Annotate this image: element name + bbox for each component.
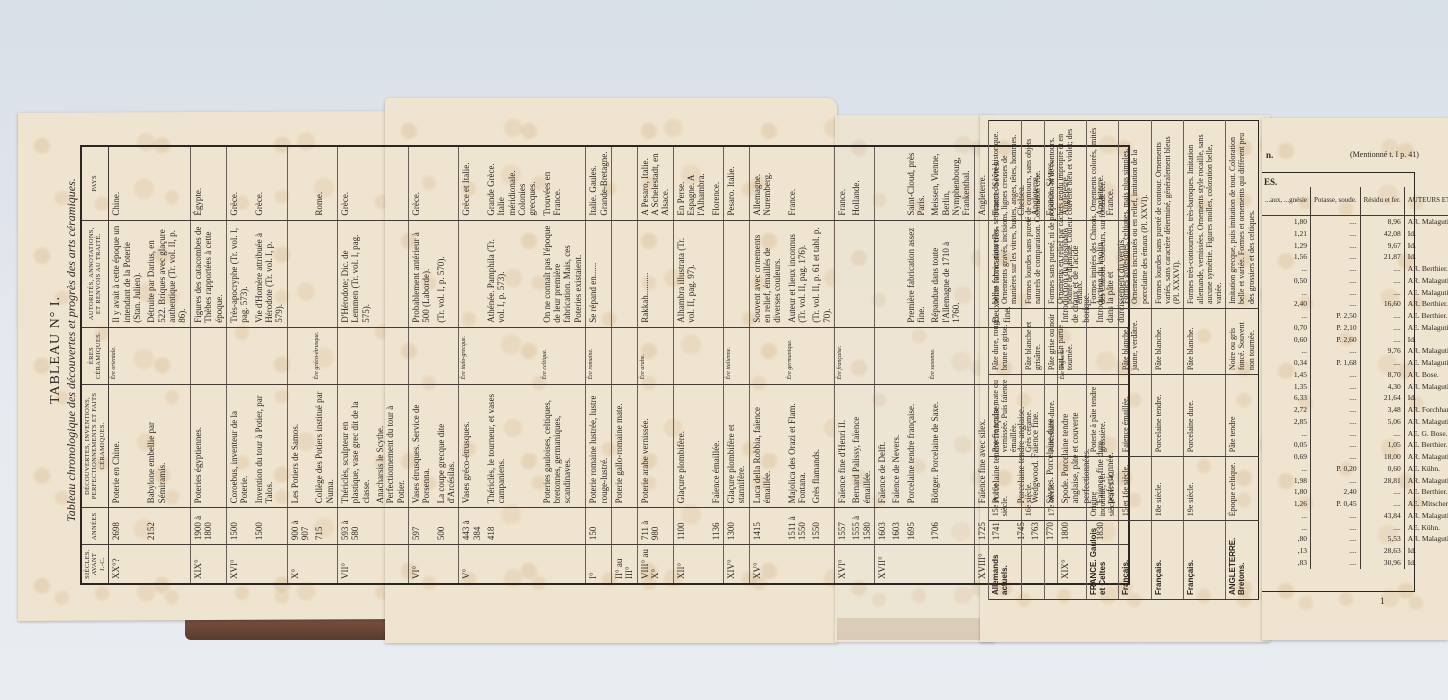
author-value: AE. Kühn.: [1404, 463, 1448, 475]
residu-value: 28,63: [1360, 545, 1404, 557]
potasse-value: ....: [1311, 251, 1361, 263]
author-value: AE. G. Bose.: [1404, 428, 1448, 440]
table-row: XX°?2698Poterie en Chine.Ère orientale.I…: [109, 146, 145, 584]
magnesie-value: ,13: [1262, 545, 1311, 557]
nature-cell: Poterie tendre mate ou vernissée. Puis f…: [989, 375, 1022, 457]
analysis-table: ...aux, ...gnésie Potasse, soude. Résidu…: [1262, 187, 1448, 569]
year-cell: 1300: [723, 508, 749, 545]
magnesie-value: 0,70: [1262, 322, 1311, 334]
epoch-cell: 18e siècle.: [1151, 457, 1184, 521]
people-cell: Français.: [1119, 521, 1152, 600]
forms-cell: Formes grotesques, celtiques, mais plus …: [1119, 121, 1152, 309]
fact-cell: Glaçure plombifère.: [673, 384, 709, 508]
country-cell: [434, 146, 459, 220]
forms-cell: Formes très-contournées, très-baroques. …: [1184, 121, 1226, 309]
country-cell: France.: [835, 146, 850, 220]
table-row: 0,05....1,05AE. Berthier.: [1262, 439, 1448, 451]
magnesie-value: 0,69: [1262, 451, 1311, 463]
col-decouvertes: DÉCOUVERTES, INVENTIONS, PERFECTIONNEMEN…: [81, 384, 109, 508]
country-cell: [287, 146, 312, 220]
siecle-cell: [809, 545, 834, 584]
authority-cell: Auteur et lieux inconnus (Tr. vol. II, p…: [785, 220, 810, 327]
potasse-value: ....: [1311, 451, 1361, 463]
table-row: XVII°1603Faïence de Delft.: [875, 146, 890, 584]
author-value: Id.: [1404, 251, 1448, 263]
table-row: 1511 à 1550Majolica des Orazi et Flam. F…: [785, 146, 810, 584]
author-value: AR. Malaguti.: [1404, 475, 1448, 487]
potasse-value: ....: [1311, 275, 1361, 287]
era-cell: [287, 327, 312, 384]
residu-value: 3,48: [1360, 404, 1404, 416]
magnesie-value: ...: [1262, 463, 1311, 475]
residu-value: ....: [1360, 322, 1404, 334]
potasse-value: ....: [1311, 287, 1361, 299]
fact-cell: Poteries gauloises, celtiques, bretonnes…: [540, 384, 586, 508]
col-potasse: Potasse, soude.: [1311, 187, 1361, 216]
authority-cell: (Tr. vol. I, p. 570).: [434, 220, 459, 327]
residu-value: ....: [1360, 522, 1404, 534]
siecle-cell: [252, 545, 288, 584]
year-cell: 900 à 907: [287, 508, 312, 545]
fact-cell: Böttger. Porcelaine de Saxe.: [928, 384, 974, 508]
magnesie-value: 1,80: [1262, 486, 1311, 498]
authority-cell: Première fabrication assez fine.: [904, 220, 929, 327]
table-row: 0,69....18,00AR. Malaguti.: [1262, 451, 1448, 463]
magnesie-value: ...: [1262, 310, 1311, 322]
author-value: Id.: [1404, 392, 1448, 404]
authority-cell: [373, 220, 409, 327]
table-row: VII°593 à 580Thériclès, sculpteur en pla…: [337, 146, 373, 584]
table-row: 418Thériclès, le tourneur, et vases camp…: [484, 146, 540, 584]
siecle-cell: [312, 545, 337, 584]
table-row: 1,45....8,70AR. Bose.: [1262, 369, 1448, 381]
country-cell: [809, 146, 834, 220]
potasse-value: ....: [1311, 475, 1361, 487]
table-row: ,83....30,96Id.: [1262, 557, 1448, 569]
year-cell: 1557: [835, 508, 850, 545]
era-cell: [337, 327, 373, 384]
magnesie-value: ...: [1262, 287, 1311, 299]
author-value: AR. Malaguti.: [1404, 533, 1448, 545]
fact-cell: Porcelaine tendre française.: [904, 384, 929, 508]
siecle-cell: [928, 545, 974, 584]
siecle-cell: [484, 545, 540, 584]
siecle-cell: [785, 545, 810, 584]
analysis-rows: 1,80....8,96AR. Malaguti.1,21....42,08Id…: [1262, 216, 1448, 569]
table-row: 1,26P. 0,45....AE. Mitscherlich.: [1262, 498, 1448, 510]
siecle-cell: I°: [586, 545, 612, 584]
table-row: XII°1100Glaçure plombifère.Alhambra illu…: [673, 146, 709, 584]
residu-value: ....: [1360, 287, 1404, 299]
nature-cell: Faïence émaillée.: [1119, 375, 1152, 457]
author-value: AE. Malaguti.: [1404, 322, 1448, 334]
table-row: Allemands actuels.15e et 16e siècle.Pote…: [989, 121, 1022, 600]
table-row: 2,72....3,48AR. Forchhammer.: [1262, 404, 1448, 416]
right-header-note: (Mentionné t. I p. 41): [1350, 150, 1419, 159]
section-label: ES.: [1264, 177, 1277, 187]
paste-cell: Pâte blanche et grisâtre.: [1021, 309, 1044, 375]
table-row: 500La coupe grecque dite d'Arcésilas.(Tr…: [434, 146, 459, 584]
residu-value: ....: [1360, 486, 1404, 498]
siecle-cell: [889, 545, 903, 584]
table-row: 6,33....21,64Id.: [1262, 392, 1448, 404]
paste-cell: Noire ou gris foncé. Souvent non tournée…: [1226, 309, 1259, 375]
table-title: TABLEAU N° I.: [48, 140, 64, 560]
country-cell: A Pesaro, Italie. A Schelestadt, en Alsa…: [637, 146, 673, 220]
country-cell: Grèce et Italie.: [459, 146, 484, 220]
country-cell: Meissen, Vienne, Berlin, Nymphenbourg, F…: [928, 146, 974, 220]
year-cell: 1500: [226, 508, 251, 545]
year-cell: 1500: [252, 508, 288, 545]
table-row: 715Collège des Potiers institué par Numa…: [312, 146, 337, 584]
magnesie-value: 1,21: [1262, 228, 1311, 240]
country-cell: [875, 146, 890, 220]
country-cell: France.: [785, 146, 810, 220]
author-value: Id.: [1404, 334, 1448, 346]
era-cell: [904, 327, 929, 384]
country-cell: [373, 146, 409, 220]
fact-cell: Vases gréco-étrusques.: [459, 384, 484, 508]
potasse-value: 2,40: [1311, 486, 1361, 498]
author-value: AE. Malaguti.: [1404, 287, 1448, 299]
country-cell: [889, 146, 903, 220]
chronology-rows: XX°?2698Poterie en Chine.Ère orientale.I…: [109, 146, 1129, 584]
author-value: AE. Mitscherlich.: [1404, 498, 1448, 510]
magnesie-value: 1,80: [1262, 216, 1311, 228]
year-cell: 597: [409, 508, 434, 545]
paste-cell: Pâte blanche.: [1151, 309, 1184, 375]
country-cell: Saint-Cloud, près Paris.: [904, 146, 929, 220]
table-row: 0,50........AR. Malaguti.: [1262, 275, 1448, 287]
authority-cell: Souvent avec ornements en relief, émaill…: [749, 220, 785, 327]
table-row: 1550Grès flamands.(Tr. vol. II, p. 61 et…: [809, 146, 834, 584]
authority-cell: [875, 220, 890, 327]
table-row: 1,802,40....AE. Berthier.: [1262, 486, 1448, 498]
potasse-value: ....: [1311, 416, 1361, 428]
table-row: ANGLETERRE. Bretons.Époque celtique.Pâte…: [1226, 121, 1259, 600]
author-value: AR. Malaguti.: [1404, 275, 1448, 287]
author-value: AR. Malaguti.: [1404, 510, 1448, 522]
era-cell: [673, 327, 709, 384]
people-cell: FRANCE. Gaulois et Celtes: [1086, 521, 1119, 600]
nature-cell: Grès cérame.: [1021, 375, 1044, 457]
siecle-cell: XVII°: [875, 545, 890, 584]
col-magnesie: ...aux, ...gnésie: [1262, 187, 1311, 216]
magnesie-value: 1,45: [1262, 369, 1311, 381]
table-row: 2,85....5,06AR. Malaguti.: [1262, 416, 1448, 428]
chronology-table-container: SIÈCLES. avant J.-C. ANNÉES DÉCOUVERTES,…: [80, 145, 1130, 585]
table-row: Anacharsis le Scythe. Perfectionnement d…: [373, 146, 409, 584]
potasse-value: P. 2,50: [1311, 310, 1361, 322]
col-auteurs: AUTEURS ET ANNOTATIONS.: [1404, 187, 1448, 216]
author-value: Id.: [1404, 228, 1448, 240]
table-row: 1,35....4,30AR. Malaguti.: [1262, 381, 1448, 393]
potasse-value: ....: [1311, 369, 1361, 381]
potasse-value: P. 0,20: [1311, 463, 1361, 475]
epoch-cell: 17e siècle.: [1044, 457, 1086, 521]
peoples-rows: Allemands actuels.15e et 16e siècle.Pote…: [989, 121, 1259, 600]
potasse-value: P. 1,68: [1311, 357, 1361, 369]
fact-cell: Vases étrusques. Service de Porsenna.: [409, 384, 434, 508]
authority-cell: Répandue dans toute l'Allemagne de 1710 …: [928, 220, 974, 327]
table-row: ...P. 2,50....AE. Berthier.: [1262, 310, 1448, 322]
table-row: XIV°1300Glaçure plombifère et stannifère…: [723, 146, 749, 584]
year-cell: 1900 à 1800: [190, 508, 226, 545]
authority-cell: [287, 220, 312, 327]
era-cell: [409, 327, 434, 384]
people-cell: Français.: [1151, 521, 1184, 600]
siecle-cell: [144, 545, 190, 584]
potasse-value: P. 2,60: [1311, 334, 1361, 346]
table-row: V°443 à 384Vases gréco-étrusques.Ère ita…: [459, 146, 484, 584]
era-cell: Ère italienne.: [723, 327, 749, 384]
table-row: 1136Faïence émaillée.Florence.: [709, 146, 724, 584]
siecle-cell: II° au III°: [611, 545, 637, 584]
country-cell: [611, 146, 637, 220]
residu-value: ....: [1360, 357, 1404, 369]
potasse-value: ....: [1311, 381, 1361, 393]
table-row: 1,21....42,08Id.: [1262, 228, 1448, 240]
country-cell: Italie. Gaules. Grande-Bretagne.: [586, 146, 612, 220]
era-cell: [373, 327, 409, 384]
authority-cell: D'Hérodote; Dic. de Lemmen (Tr. vol. I, …: [337, 220, 373, 327]
country-cell: Florence.: [709, 146, 724, 220]
analysis-table-container: ES. ...aux, ...gnésie Potasse, soude. Ré…: [1262, 172, 1415, 592]
table-row: 2152Babylone embellie par Sémiramis.Détr…: [144, 146, 190, 584]
chronology-table: SIÈCLES. avant J.-C. ANNÉES DÉCOUVERTES,…: [80, 145, 1130, 585]
table-row: XV°1415Luca della Robbia, faïence émaill…: [749, 146, 785, 584]
era-cell: [889, 327, 903, 384]
potasse-value: ....: [1311, 510, 1361, 522]
author-value: Id.: [1404, 557, 1448, 569]
fact-cell: Invention du tour à Potier, par Talos.: [252, 384, 288, 508]
fact-cell: Faïence de Nevers.: [889, 384, 903, 508]
residu-value: 5,06: [1360, 416, 1404, 428]
year-cell: 1511 à 1550: [785, 508, 810, 545]
fact-cell: Faïence de Delft.: [875, 384, 890, 508]
nature-cell: Pâte tendre: [1226, 375, 1259, 457]
table-row: ...........AE. G. Bose.: [1262, 428, 1448, 440]
forms-cell: Formes lourdes sans pureté de contour. O…: [1151, 121, 1184, 309]
magnesie-value: 1,26: [1262, 498, 1311, 510]
year-cell: 1695: [904, 508, 929, 545]
epoch-cell: 15e et 16e siècle.: [989, 457, 1022, 521]
year-cell: 2152: [144, 508, 190, 545]
table-row: II° au III°Poterie gallo-romaine mate.: [611, 146, 637, 584]
potasse-value: P. 0,45: [1311, 498, 1361, 510]
authority-cell: [611, 220, 637, 327]
potasse-value: ....: [1311, 557, 1361, 569]
table-row: XVI°1557Faïence fine d'Henri II.Ère fran…: [835, 146, 850, 584]
magnesie-value: ,80: [1262, 533, 1311, 545]
potasse-value: ....: [1311, 533, 1361, 545]
fact-cell: Les Potiers de Samos.: [287, 384, 312, 508]
magnesie-value: ...: [1262, 345, 1311, 357]
col-residu: Résidu et fer.: [1360, 187, 1404, 216]
fact-cell: Poterie gallo-romaine mate.: [611, 384, 637, 508]
table-row: Poteries gauloises, celtiques, bretonnes…: [540, 146, 586, 584]
country-cell: Grèce.: [252, 146, 288, 220]
era-cell: [484, 327, 540, 384]
table-row: 0,34P. 1,68....AE. Malaguti.: [1262, 357, 1448, 369]
authority-cell: On ne connaît pas l'époque de leur premi…: [540, 220, 586, 327]
siecle-cell: [434, 545, 459, 584]
fact-cell: Coroebus, inventeur de la Poterie.: [226, 384, 251, 508]
potasse-value: P. 2,10: [1311, 322, 1361, 334]
right-header-partial: n.: [1266, 150, 1273, 160]
residu-value: 43,84: [1360, 510, 1404, 522]
table-row: 1603Faïence de Nevers.: [889, 146, 903, 584]
fact-cell: Bernard Palissy, faïence émaillée.: [849, 384, 874, 508]
residu-value: ....: [1360, 310, 1404, 322]
fact-cell: La coupe grecque dite d'Arcésilas.: [434, 384, 459, 508]
authority-cell: Rakkah..........: [637, 220, 673, 327]
country-cell: Grande Grèce. Italie méridionale. Coloni…: [484, 146, 540, 220]
residu-value: 4,30: [1360, 381, 1404, 393]
table-row: VIII° au X°711 à 980Poterie arabe vernis…: [637, 146, 673, 584]
authority-cell: Probablement antérieur à 500 (Laborde).: [409, 220, 434, 327]
fact-cell: Thériclès, sculpteur en plastique, vase …: [337, 384, 373, 508]
siecle-cell: [904, 545, 929, 584]
era-cell: [190, 327, 226, 384]
forms-cell: Formes sans pureté, ni de proportion ni …: [1044, 121, 1086, 309]
fact-cell: Anacharsis le Scythe. Perfectionnement d…: [373, 384, 409, 508]
magnesie-value: ...: [1262, 510, 1311, 522]
residu-value: 16,60: [1360, 298, 1404, 310]
authority-cell: Alhambra illustrata (Tr. vol. II, pag. 9…: [673, 220, 709, 327]
potasse-value: ....: [1311, 216, 1361, 228]
author-value: Id.: [1404, 545, 1448, 557]
year-cell: 443 à 384: [459, 508, 484, 545]
residu-value: 18,00: [1360, 451, 1404, 463]
table-row: 1,29....9,67Id.: [1262, 240, 1448, 252]
paste-cell: Pâte grise ou noir mat. En partie tourné…: [1044, 309, 1086, 375]
col-autorites: AUTORITÉS, ANNOTATIONS, ET RENVOIS AU TR…: [81, 220, 109, 327]
table-row: FRANCE. Gaulois et CeltesOrigine inconnu…: [1086, 121, 1119, 600]
col-siecles: SIÈCLES. avant J.-C.: [81, 545, 109, 584]
siecle-cell: XV°: [749, 545, 785, 584]
table-row: 1,80....8,96AR. Malaguti.: [1262, 216, 1448, 228]
residu-value: 21,87: [1360, 251, 1404, 263]
siecle-cell: [849, 545, 874, 584]
residu-value: ....: [1360, 275, 1404, 287]
fact-cell: Thériclès, le tourneur, et vases campani…: [484, 384, 540, 508]
forms-cell: Formes lourdes sans pureté de contours, …: [1021, 121, 1044, 309]
people-cell: [1021, 521, 1044, 600]
year-cell: 1725: [974, 508, 989, 545]
country-cell: Grèce.: [409, 146, 434, 220]
author-value: AR. Malaguti.: [1404, 216, 1448, 228]
year-cell: 1136: [709, 508, 724, 545]
table-row: XIX°1900 à 1800Poteries égyptiennes.Figu…: [190, 146, 226, 584]
magnesie-value: 0,34: [1262, 357, 1311, 369]
magnesie-value: 2,72: [1262, 404, 1311, 416]
country-cell: Rome.: [312, 146, 337, 220]
col-eres: ÈRES CÉRAMIQUES.: [81, 327, 109, 384]
potasse-value: ....: [1311, 392, 1361, 404]
residu-value: 21,64: [1360, 392, 1404, 404]
siecle-cell: [540, 545, 586, 584]
siecle-cell: XVI°: [226, 545, 251, 584]
potasse-value: ....: [1311, 263, 1361, 275]
residu-value: ....: [1360, 498, 1404, 510]
siecle-cell: XVIII°: [974, 545, 989, 584]
potasse-value: ....: [1311, 428, 1361, 440]
authority-cell: [312, 220, 337, 327]
page-number: 1: [1380, 596, 1385, 606]
siecle-cell: XX°?: [109, 545, 145, 584]
table-row: 17e siècle.Porcelaine dure.Pâte grise ou…: [1044, 121, 1086, 600]
authority-cell: Athénée. Pamphila (Tr. vol. I, p. 573).: [484, 220, 540, 327]
nature-cell: Porcelaine dure.: [1044, 375, 1086, 457]
table-row: X°900 à 907Les Potiers de Samos.: [287, 146, 312, 584]
fact-cell: Poteries égyptiennes.: [190, 384, 226, 508]
potasse-value: ....: [1311, 298, 1361, 310]
epoch-cell: 16e siècle.: [1021, 457, 1044, 521]
era-cell: [749, 327, 785, 384]
author-value: AE. Kühn.: [1404, 522, 1448, 534]
potasse-value: ....: [1311, 545, 1361, 557]
country-cell: Hollande.: [849, 146, 874, 220]
table-row: 1,56....21,87Id.: [1262, 251, 1448, 263]
potasse-value: ....: [1311, 345, 1361, 357]
authority-cell: [723, 220, 749, 327]
forms-cell: belles formes naturelles, sentiment du c…: [989, 121, 1022, 309]
table-row: VI°597Vases étrusques. Service de Porsen…: [409, 146, 434, 584]
people-cell: [1044, 521, 1086, 600]
country-cell: En Perse. Espagne. A l'Alhambra.: [673, 146, 709, 220]
era-cell: [974, 327, 989, 384]
fact-cell: Poterie arabe vernissée.: [637, 384, 673, 508]
nature-cell: Poterie à pâte tendre grossière.: [1086, 375, 1119, 457]
table-row: ,13....28,63Id.: [1262, 545, 1448, 557]
nature-cell: Porcelaine dure.: [1184, 375, 1226, 457]
author-value: AE. Malaguti.: [1404, 357, 1448, 369]
year-cell: 715: [312, 508, 337, 545]
year-cell: 1603: [875, 508, 890, 545]
fact-cell: Faïence fine avec silex.: [974, 384, 989, 508]
table-row: 1706Böttger. Porcelaine de Saxe.Ère saxo…: [928, 146, 974, 584]
residu-value: 5,53: [1360, 533, 1404, 545]
fact-cell: Poterie romaine lustrée, lustre rouge-lu…: [586, 384, 612, 508]
fact-cell: Faïence émaillée.: [709, 384, 724, 508]
col-pays: PAYS: [81, 146, 109, 220]
magnesie-value: ...: [1262, 522, 1311, 534]
table-title-block: TABLEAU N° I. Tableau chronologique des …: [48, 140, 79, 560]
country-cell: Grèce.: [337, 146, 373, 220]
author-value: Id.: [1404, 240, 1448, 252]
table-row: ...P. 0,200,60AE. Kühn.: [1262, 463, 1448, 475]
epoch-cell: Origine inconnue, 1er siècle av. J.-C.: [1086, 457, 1119, 521]
table-row: 16e siècle.Grès cérame.Pâte blanche et g…: [1021, 121, 1044, 600]
table-row: .......43,84AR. Malaguti.: [1262, 510, 1448, 522]
magnesie-value: ...: [1262, 263, 1311, 275]
table-subtitle: Tableau chronologique des découvertes et…: [64, 140, 79, 560]
year-cell: 150: [586, 508, 612, 545]
residu-value: 30,96: [1360, 557, 1404, 569]
siecle-cell: VIII° au X°: [637, 545, 673, 584]
fact-cell: Collège des Potiers institué par Numa.: [312, 384, 337, 508]
table-row: XVIII°1725Faïence fine avec silex.Anglet…: [974, 146, 989, 584]
era-cell: Ère romaine.: [586, 327, 612, 384]
year-cell: 711 à 980: [637, 508, 673, 545]
siecle-cell: VI°: [409, 545, 434, 584]
table-row: ...........AE. Malaguti.: [1262, 287, 1448, 299]
authority-cell: Vie d'Homère attribuée à Hérodote (Tr. v…: [252, 220, 288, 327]
residu-value: 8,70: [1360, 369, 1404, 381]
era-cell: Ère germanique.: [785, 327, 810, 384]
author-value: AR. Malaguti.: [1404, 451, 1448, 463]
